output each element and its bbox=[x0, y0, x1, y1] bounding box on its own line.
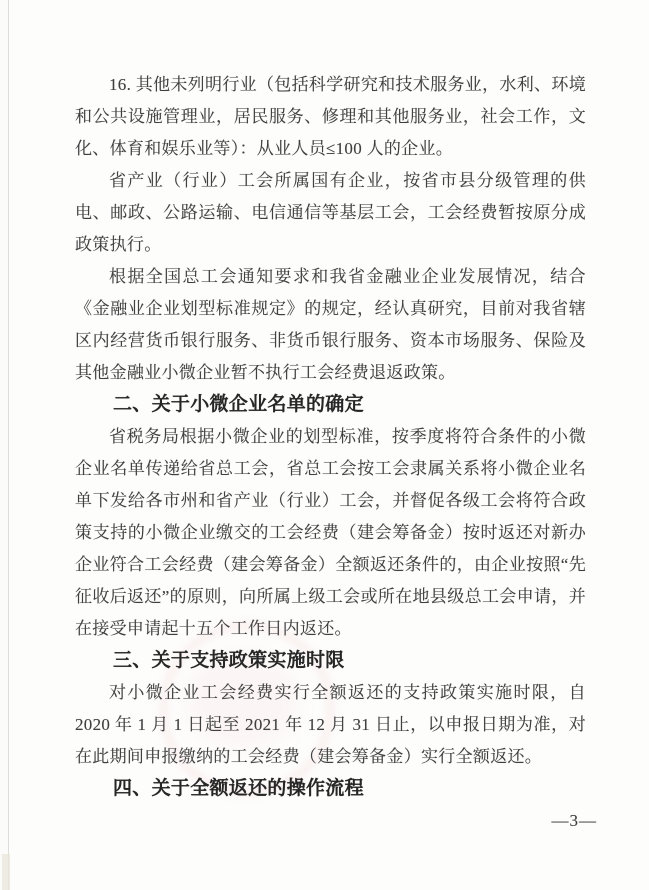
section-heading-4: 四、关于全额返还的操作流程 bbox=[75, 773, 586, 805]
scanned-document-page: 16. 其他未列明行业（包括科学研究和技术服务业，水利、环境和公共设施管理业，居… bbox=[0, 0, 649, 890]
scan-corner-artifact bbox=[2, 854, 10, 890]
paragraph-industry-category-16: 16. 其他未列明行业（包括科学研究和技术服务业，水利、环境和公共设施管理业，居… bbox=[75, 69, 586, 165]
section-heading-2: 二、关于小微企业名单的确定 bbox=[75, 389, 586, 421]
page-number: —3— bbox=[552, 809, 598, 833]
paragraph-provincial-industry-unions: 省产业（行业）工会所属国有企业，按省市县分级管理的供电、邮政、公路运输、电信通信… bbox=[75, 165, 586, 261]
section-heading-3: 三、关于支持政策实施时限 bbox=[75, 645, 586, 677]
scan-margin-strip bbox=[0, 0, 8, 890]
paragraph-financial-enterprises-policy: 根据全国总工会通知要求和我省金融业企业发展情况，结合《金融业企业划型标准规定》的… bbox=[75, 261, 586, 389]
scan-edge-line bbox=[8, 0, 9, 890]
paragraph-policy-time-limit: 对小微企业工会经费实行全额返还的支持政策实施时限，自 2020 年 1 月 1 … bbox=[75, 677, 586, 773]
paragraph-name-list-determination: 省税务局根据小微企业的划型标准，按季度将符合条件的小微企业名单传递给省总工会，省… bbox=[75, 421, 586, 645]
document-body: 16. 其他未列明行业（包括科学研究和技术服务业，水利、环境和公共设施管理业，居… bbox=[75, 69, 586, 805]
